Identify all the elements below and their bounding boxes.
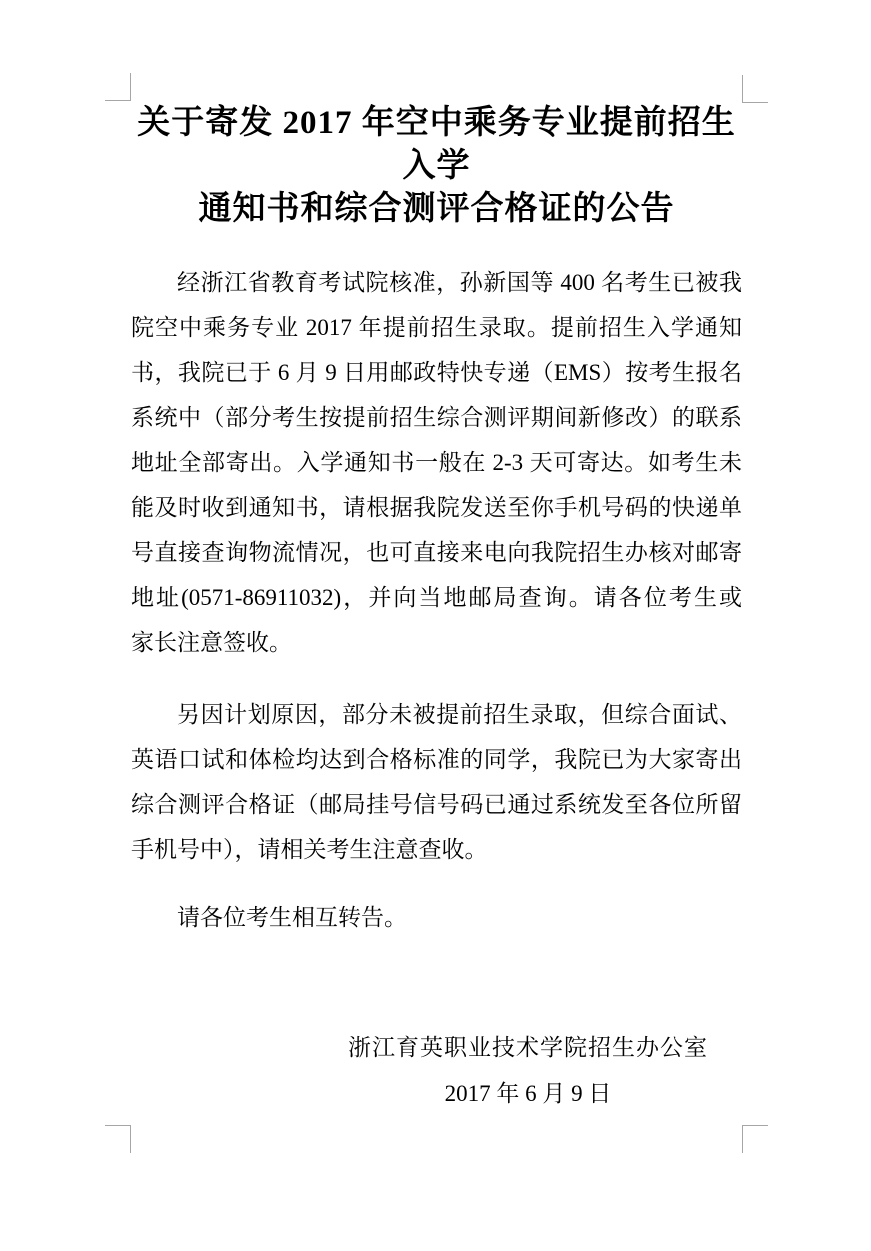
text-line: 书，我院已于 6 月 9 日用邮政特快专递（EMS）按考生报名 (131, 350, 742, 395)
text-line: 能及时收到通知书，请根据我院发送至你手机号码的快递单 (131, 485, 742, 530)
signature-block: 浙江育英职业技术学院招生办公室 2017 年 6 月 9 日 (131, 1025, 742, 1117)
paragraph-1: 经浙江省教育考试院核准，孙新国等 400 名考生已被我 院空中乘务专业 2017… (131, 260, 742, 665)
signature-org: 浙江育英职业技术学院招生办公室 (348, 1025, 708, 1071)
margin-crop-mark-bottom-left (105, 1125, 131, 1153)
signature-inner: 浙江育英职业技术学院招生办公室 2017 年 6 月 9 日 (348, 1025, 708, 1117)
text-line: 号直接查询物流情况，也可直接来电向我院招生办核对邮寄 (131, 530, 742, 575)
text-line: 家长注意签收。 (131, 620, 742, 665)
document-content: 关于寄发 2017 年空中乘务专业提前招生入学 通知书和综合测评合格证的公告 经… (131, 100, 742, 1117)
margin-crop-mark-top-left (105, 73, 131, 101)
text-line: 另因计划原因，部分未被提前招生录取，但综合面试、 (131, 692, 742, 737)
document-page: 关于寄发 2017 年空中乘务专业提前招生入学 通知书和综合测评合格证的公告 经… (0, 0, 871, 1251)
paragraph-2: 另因计划原因，部分未被提前招生录取，但综合面试、 英语口试和体检均达到合格标准的… (131, 692, 742, 872)
text-line: 请各位考生相互转告。 (131, 895, 742, 940)
text-line: 地址全部寄出。入学通知书一般在 2-3 天可寄达。如考生未 (131, 440, 742, 485)
text-line: 经浙江省教育考试院核准，孙新国等 400 名考生已被我 (131, 260, 742, 305)
text-line: 地址(0571-86911032)，并向当地邮局查询。请各位考生或 (131, 575, 742, 620)
signature-date: 2017 年 6 月 9 日 (348, 1071, 708, 1117)
text-line: 综合测评合格证（邮局挂号信号码已通过系统发至各位所留 (131, 782, 742, 827)
margin-crop-mark-bottom-right (742, 1125, 768, 1153)
document-title: 关于寄发 2017 年空中乘务专业提前招生入学 通知书和综合测评合格证的公告 (131, 102, 742, 231)
title-line-1: 关于寄发 2017 年空中乘务专业提前招生入学 (131, 102, 742, 188)
paragraph-3: 请各位考生相互转告。 (131, 895, 742, 940)
text-line: 手机号中），请相关考生注意查收。 (131, 827, 742, 872)
text-line: 英语口试和体检均达到合格标准的同学，我院已为大家寄出 (131, 737, 742, 782)
margin-crop-mark-top-right (742, 75, 768, 103)
title-line-2: 通知书和综合测评合格证的公告 (131, 188, 742, 231)
text-line: 院空中乘务专业 2017 年提前招生录取。提前招生入学通知 (131, 305, 742, 350)
text-line: 系统中（部分考生按提前招生综合测评期间新修改）的联系 (131, 395, 742, 440)
